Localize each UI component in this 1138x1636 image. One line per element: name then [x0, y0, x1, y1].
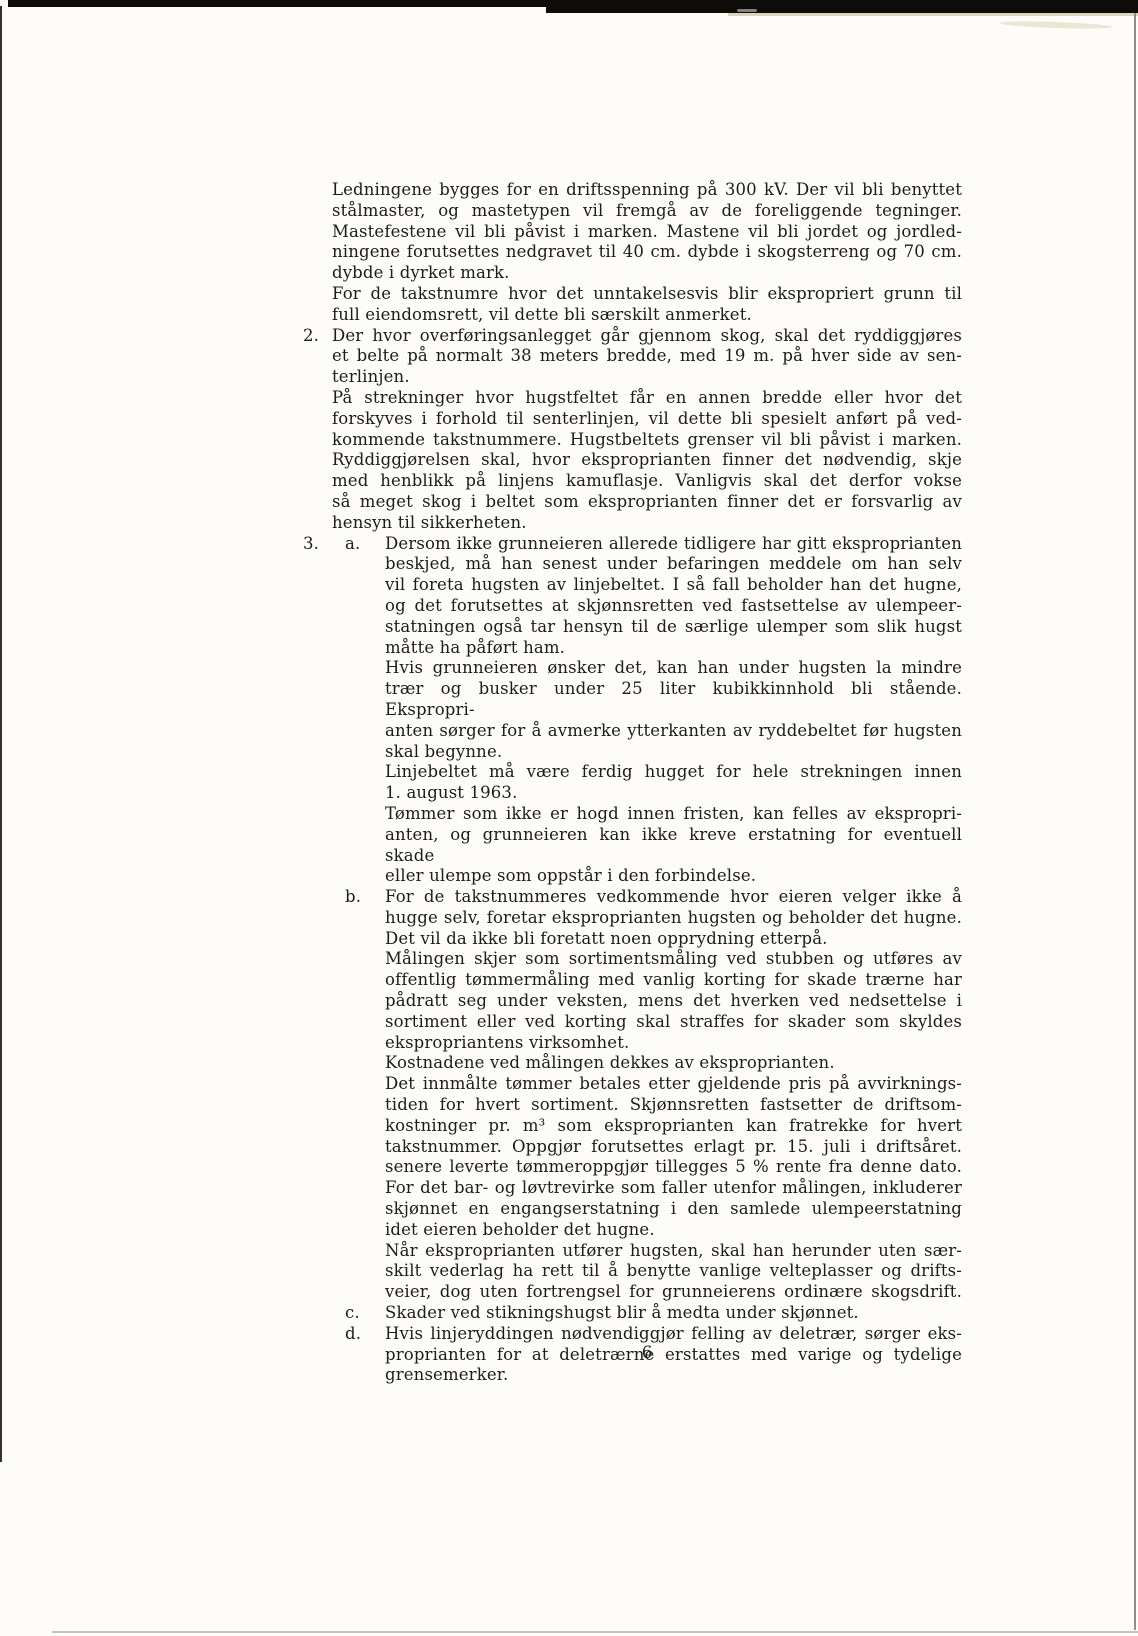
paragraph-block: c.Skader ved stikningshugst blir å medta…	[385, 1303, 962, 1324]
text-line: skjønnet en engangserstatning i den saml…	[385, 1199, 962, 1220]
text-line: idet eieren beholder det hugne.	[385, 1220, 962, 1241]
text-line: Tømmer som ikke er hogd innen fristen, k…	[385, 804, 962, 825]
text-line: takstnummer. Oppgjør forutsettes erlagt …	[385, 1137, 962, 1158]
text-line: eller ulempe som oppstår i den forbindel…	[385, 866, 962, 887]
paragraph-block: 2.Der hvor overføringsanlegget går gjenn…	[332, 326, 962, 534]
text-line: Når eksproprianten utfører hugsten, skal…	[385, 1241, 962, 1262]
text-line: sortiment eller ved korting skal straffe…	[385, 1012, 962, 1033]
list-number: 3.	[303, 534, 319, 555]
text-line: På strekninger hvor hugstfeltet får en a…	[332, 388, 962, 409]
page-number: 6	[332, 1343, 962, 1362]
text-line: Der hvor overføringsanlegget går gjennom…	[332, 326, 962, 347]
text-line: For det bar- og løvtrevirke som faller u…	[385, 1178, 962, 1199]
text-line: pådratt seg under veksten, mens det hver…	[385, 991, 962, 1012]
text-line: Mastefestene vil bli påvist i marken. Ma…	[332, 222, 962, 243]
text-line: beskjed, må han senest under befaringen …	[385, 554, 962, 575]
document-text: Ledningene bygges for en driftsspenning …	[332, 180, 962, 1386]
text-line: ekspropriantens virksomhet.	[385, 1033, 962, 1054]
text-line: kommende takstnummere. Hugstbeltets gren…	[332, 430, 962, 451]
paragraph-block: b.For de takstnummeres vedkommende hvor …	[385, 887, 962, 1303]
text-line: anten, og grunneieren kan ikke kreve ers…	[385, 825, 962, 867]
text-line: trær og busker under 25 liter kubikkinnh…	[385, 679, 962, 721]
text-line: senere leverte tømmeroppgjør tillegges 5…	[385, 1157, 962, 1178]
list-number: 2.	[303, 326, 319, 347]
text-line: Ryddiggjørelsen skal, hvor ekspropriante…	[332, 450, 962, 471]
text-line: skilt vederlag ha rett til å benytte van…	[385, 1261, 962, 1282]
scan-right-edge	[1134, 13, 1136, 1630]
text-line: Hvis linjeryddingen nødvendiggjør fellin…	[385, 1324, 962, 1345]
text-line: statningen også tar hensyn til de særlig…	[385, 617, 962, 638]
text-line: så meget skog i beltet som ekspropriante…	[332, 492, 962, 513]
text-line: Skader ved stikningshugst blir å medta u…	[385, 1303, 962, 1324]
text-line: Målingen skjer som sortimentsmåling ved …	[385, 949, 962, 970]
text-line: dybde i dyrket mark.	[332, 263, 962, 284]
paragraph-block: Ledningene bygges for en driftsspenning …	[332, 180, 962, 326]
text-line: offentlig tømmermåling med vanlig kortin…	[385, 970, 962, 991]
list-letter: d.	[345, 1324, 361, 1345]
paragraph-block: 3.a.Dersom ikke grunneieren allerede tid…	[385, 534, 962, 888]
text-line: veier, dog uten fortrengsel for grunneie…	[385, 1282, 962, 1303]
text-line: For de takstnumre hvor det unntakelsesvi…	[332, 284, 962, 305]
text-line: Det innmålte tømmer betales etter gjelde…	[385, 1074, 962, 1095]
text-line: Kostnadene ved målingen dekkes av ekspro…	[385, 1053, 962, 1074]
text-line: stålmaster, og mastetypen vil fremgå av …	[332, 201, 962, 222]
scan-top-bar-right	[546, 0, 1138, 13]
text-line: full eiendomsrett, vil dette bli særskil…	[332, 305, 962, 326]
scan-bottom-edge	[52, 1631, 1138, 1633]
scan-smudge-top-right	[1000, 20, 1112, 30]
text-line: hugge selv, foretar eksproprianten hugst…	[385, 908, 962, 929]
text-line: forskyves i forhold til senterlinjen, vi…	[332, 409, 962, 430]
text-line: med henblikk på linjens kamuflasje. Vanl…	[332, 471, 962, 492]
list-letter: a.	[345, 534, 360, 555]
list-letter: c.	[345, 1303, 360, 1324]
text-line: For de takstnummeres vedkommende hvor ei…	[385, 887, 962, 908]
text-line: skal begynne.	[385, 742, 962, 763]
text-line: måtte ha påført ham.	[385, 638, 962, 659]
scanned-page: Ledningene bygges for en driftsspenning …	[0, 0, 1138, 1636]
text-line: 1. august 1963.	[385, 783, 962, 804]
scan-left-edge	[0, 6, 2, 1462]
text-line: anten sørger for å avmerke ytterkanten a…	[385, 721, 962, 742]
text-line: et belte på normalt 38 meters bredde, me…	[332, 346, 962, 367]
text-line: vil foreta hugsten av linjebeltet. I så …	[385, 575, 962, 596]
text-line: Det vil da ikke bli foretatt noen oppryd…	[385, 929, 962, 950]
text-line: grensemerker.	[385, 1365, 962, 1386]
text-line: Linjebeltet må være ferdig hugget for he…	[385, 762, 962, 783]
text-line: og det forutsettes at skjønnsretten ved …	[385, 596, 962, 617]
list-letter: b.	[345, 887, 361, 908]
text-line: tiden for hvert sortiment. Skjønnsretten…	[385, 1095, 962, 1116]
text-line: ningene forutsettes nedgravet til 40 cm.…	[332, 242, 962, 263]
text-line: Hvis grunneieren ønsker det, kan han und…	[385, 658, 962, 679]
text-line: hensyn til sikkerheten.	[332, 513, 962, 534]
text-line: terlinjen.	[332, 367, 962, 388]
text-line: Dersom ikke grunneieren allerede tidlige…	[385, 534, 962, 555]
text-line: Ledningene bygges for en driftsspenning …	[332, 180, 962, 201]
scan-tan-line	[728, 13, 1138, 16]
text-line: kostninger pr. m³ som eksproprianten kan…	[385, 1116, 962, 1137]
scan-dash-top-center	[737, 9, 757, 12]
